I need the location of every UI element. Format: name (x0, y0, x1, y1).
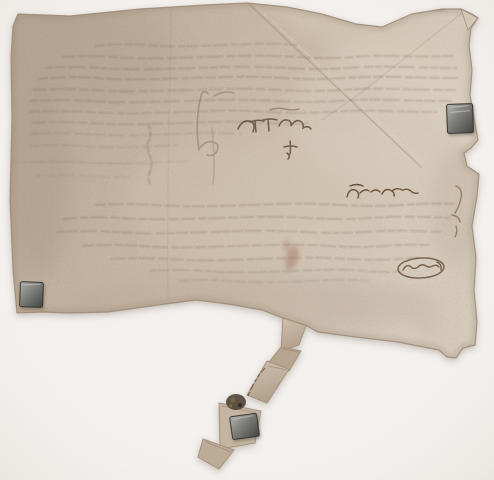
metal-weight-bottom-left (20, 282, 44, 308)
parchment-scan (0, 0, 494, 480)
metal-weight-on-tag (230, 413, 260, 440)
seal-remnant-blob (226, 394, 246, 410)
metal-weight-top-right (447, 104, 474, 134)
scan-viewport (0, 0, 494, 480)
